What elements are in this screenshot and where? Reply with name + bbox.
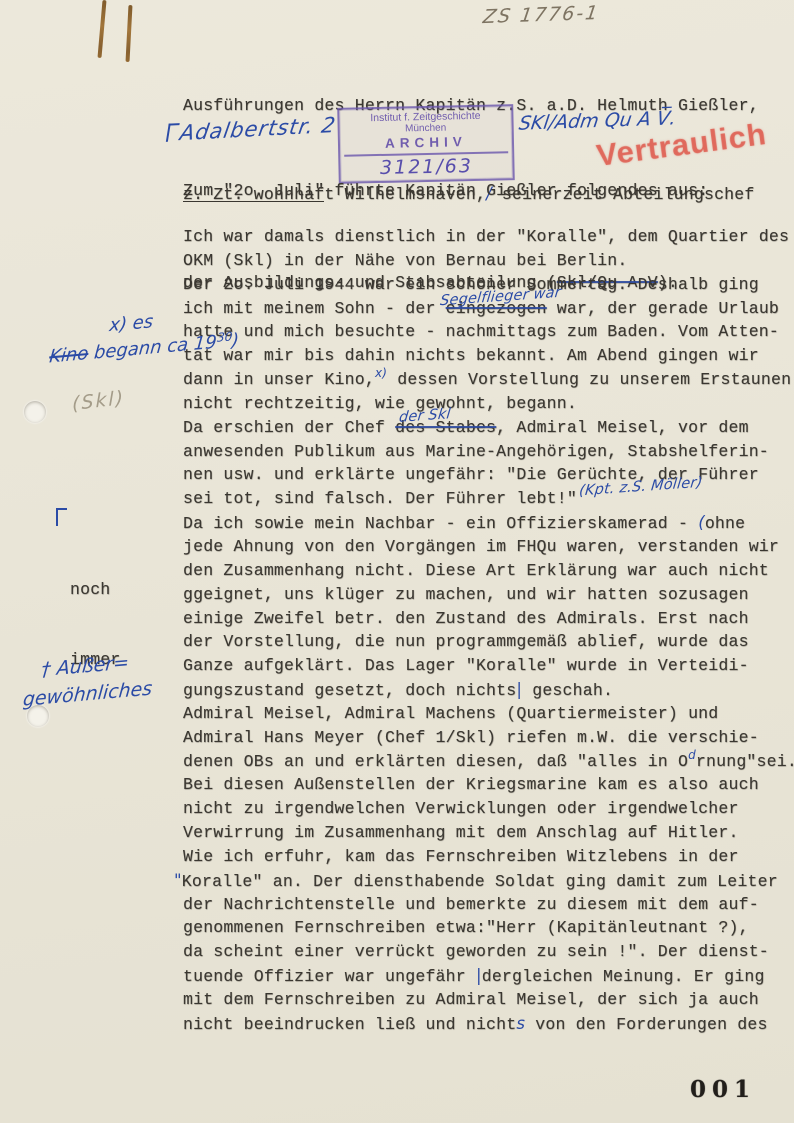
typewritten-text: ggeignet, uns klüger zu machen, und wir …: [183, 585, 749, 604]
typewritten-text: einige Zweifel betr. den Zustand des Adm…: [183, 609, 749, 628]
body-line: der Vorstellung, die nun programmgemäß a…: [183, 632, 794, 656]
typewritten-text: hatte und mich besuchte - nachmittags zu…: [183, 322, 779, 341]
typewritten-text: jede Ahnung von den Vorgängen im FHQu wa…: [183, 537, 779, 556]
typewritten-text: OKM (Skl) in der Nähe von Bernau bei Ber…: [183, 251, 627, 270]
typewritten-text: Ganze aufgeklärt. Das Lager "Koralle" wu…: [183, 656, 749, 675]
typewritten-text: von den Forderungen des: [525, 1015, 767, 1034]
document-page: ZS 1776-1 Ausführungen des Herrn Kapitän…: [0, 0, 794, 1123]
typewritten-text: war, der gerade Urlaub: [547, 299, 779, 318]
page-number-stamp: 001: [690, 1076, 756, 1103]
margin-note-pencil: (Skl): [72, 387, 125, 416]
typewritten-text: , Admiral Meisel, vor dem: [496, 418, 749, 437]
heading-underlined-part: Zum "2o. Juli": [183, 181, 324, 202]
body-line: ich mit meinem Sohn - der Segelflieger w…: [183, 299, 794, 323]
typewritten-text: den Zusammenhang nicht. Diese Art Erklär…: [183, 561, 769, 580]
handwritten-mark: s: [516, 1014, 525, 1033]
body-line: denen OBs an und erklärten diesen, daß "…: [183, 752, 794, 776]
typewritten-text: rnung"sei.: [696, 752, 794, 771]
blue-bracket-mark: [56, 508, 67, 526]
typewritten-text: Ich war damals dienstlich in der "Korall…: [183, 227, 789, 246]
body-line: Admiral Meisel, Admiral Machens (Quartie…: [183, 704, 794, 728]
body-text: Ich war damals dienstlich in der "Korall…: [183, 227, 794, 1038]
body-line: Da erschien der Chef der Skldes Stabes, …: [183, 418, 794, 442]
rust-mark: [126, 5, 133, 62]
typewritten-text: mit dem Fernschreiben zu Admiral Meisel,…: [183, 990, 759, 1009]
handwritten-annotation: der Skl: [398, 406, 451, 426]
body-line: tat war mir bis dahin nichts bekannt. Am…: [183, 346, 794, 370]
archive-stamp: Institut f. Zeitgeschichte München ARCHI…: [337, 104, 515, 184]
typewritten-text: genommenen Fernschreiben etwa:"Herr (Kap…: [183, 918, 749, 937]
body-line: "Koralle" an. Der diensthabende Soldat g…: [183, 871, 794, 895]
body-line: Verwirrung im Zusammenhang mit dem Ansch…: [183, 823, 794, 847]
typewritten-text: Admiral Meisel, Admiral Machens (Quartie…: [183, 704, 718, 723]
body-line: genommenen Fernschreiben etwa:"Herr (Kap…: [183, 918, 794, 942]
body-line: nicht beeindrucken ließ und nichts von d…: [183, 1014, 794, 1038]
typewritten-text: sei tot, sind falsch. Der Führer lebt!": [183, 489, 577, 508]
body-line: jede Ahnung von den Vorgängen im FHQu wa…: [183, 537, 794, 561]
body-line: Admiral Hans Meyer (Chef 1/Skl) riefen m…: [183, 728, 794, 752]
hole-punch: [24, 401, 46, 423]
archive-stamp-archiv: ARCHIV: [344, 133, 508, 151]
typewritten-text: Wie ich erfuhr, kam das Fernschreiben Wi…: [183, 847, 739, 866]
typewritten-text: der Vorstellung, die nun programmgemäß a…: [183, 632, 749, 651]
typewritten-text: denen OBs an und erklärten diesen, daß "…: [183, 752, 688, 771]
typewritten-text: Da ich sowie mein Nachbar - ein Offizier…: [183, 514, 698, 533]
typewritten-text: ohne: [705, 514, 745, 533]
body-line: Ganze aufgeklärt. Das Lager "Koralle" wu…: [183, 656, 794, 680]
typewritten-text: nicht zu irgendwelchen Verwicklungen ode…: [183, 799, 739, 818]
typewritten-text: tat war mir bis dahin nichts bekannt. Am…: [183, 346, 759, 365]
typewritten-text: dann in unser Kino,: [183, 370, 375, 389]
body-line: nicht zu irgendwelchen Verwicklungen ode…: [183, 799, 794, 823]
body-line: dann in unser Kino,x) dessen Vorstellung…: [183, 370, 794, 394]
typewritten-text: gungszustand gesetzt, doch nichts: [183, 681, 516, 700]
body-line: nicht rechtzeitig, wie gewohnt, begann.: [183, 394, 794, 418]
typewritten-text: Bei diesen Außenstellen der Kriegsmarine…: [183, 775, 759, 794]
body-line: einige Zweifel betr. den Zustand des Adm…: [183, 609, 794, 633]
typewritten-text: nicht rechtzeitig, wie gewohnt, begann.: [183, 394, 577, 413]
body-line: da scheint einer verrückt geworden zu se…: [183, 942, 794, 966]
typewritten-text: dessen Vorstellung zu unserem Erstaunen: [387, 370, 791, 389]
handwritten-mark: d: [688, 748, 696, 762]
typewritten-text: Da erschien der Chef: [183, 418, 395, 437]
body-line: OKM (Skl) in der Nähe von Bernau bei Ber…: [183, 251, 794, 275]
handwritten-mark: ": [174, 871, 182, 890]
rust-mark: [97, 0, 106, 58]
handwritten-mark: x): [375, 366, 387, 380]
typewritten-text: dergleichen Meinung. Er ging: [482, 967, 765, 986]
body-line: Bei diesen Außenstellen der Kriegsmarine…: [183, 775, 794, 799]
body-line: Da ich sowie mein Nachbar - ein Offizier…: [183, 513, 794, 537]
typewritten-text: geschah.: [522, 681, 613, 700]
body-line: gungszustand gesetzt, doch nichts| gesch…: [183, 680, 794, 704]
body-line: Ich war damals dienstlich in der "Korall…: [183, 227, 794, 251]
margin-bracket-mark: [166, 123, 180, 142]
body-line: der Nachrichtenstelle und bemerkte zu di…: [183, 895, 794, 919]
section-heading: Zum "2o. Juli" führte Kapitän Gießler fo…: [183, 181, 708, 200]
body-line: mit dem Fernschreiben zu Admiral Meisel,…: [183, 990, 794, 1014]
body-line: anwesenden Publikum aus Marine-Angehörig…: [183, 442, 794, 466]
body-line: sei tot, sind falsch. Der Führer lebt!"(…: [183, 489, 794, 513]
body-line: ggeignet, uns klüger zu machen, und wir …: [183, 585, 794, 609]
body-line: hatte und mich besuchte - nachmittags zu…: [183, 322, 794, 346]
handwritten-mark: (: [698, 513, 705, 532]
typewritten-text: Verwirrung im Zusammenhang mit dem Ansch…: [183, 823, 739, 842]
body-line: tuende Offizier war ungefähr |dergleiche…: [183, 966, 794, 990]
typewritten-text: tuende Offizier war ungefähr: [183, 967, 476, 986]
archive-stamp-number: 3121/63: [344, 151, 509, 181]
typewritten-text: der Nachrichtenstelle und bemerkte zu di…: [183, 895, 759, 914]
struck-word: Kino: [48, 343, 89, 368]
typewritten-text: Koralle" an. Der diensthabende Soldat gi…: [182, 872, 778, 891]
body-line: Wie ich erfuhr, kam das Fernschreiben Wi…: [183, 847, 794, 871]
typewritten-text: nicht beeindrucken ließ und nicht: [183, 1015, 516, 1034]
typewritten-text: da scheint einer verrückt geworden zu se…: [183, 942, 769, 961]
typewritten-text: anwesenden Publikum aus Marine-Angehörig…: [183, 442, 769, 461]
typewritten-text: Admiral Hans Meyer (Chef 1/Skl) riefen m…: [183, 728, 759, 747]
body-line: den Zusammenhang nicht. Diese Art Erklär…: [183, 561, 794, 585]
catalog-number: ZS 1776-1: [481, 2, 600, 28]
margin-note-insertion: † Außer= gewöhnliches: [22, 646, 156, 714]
